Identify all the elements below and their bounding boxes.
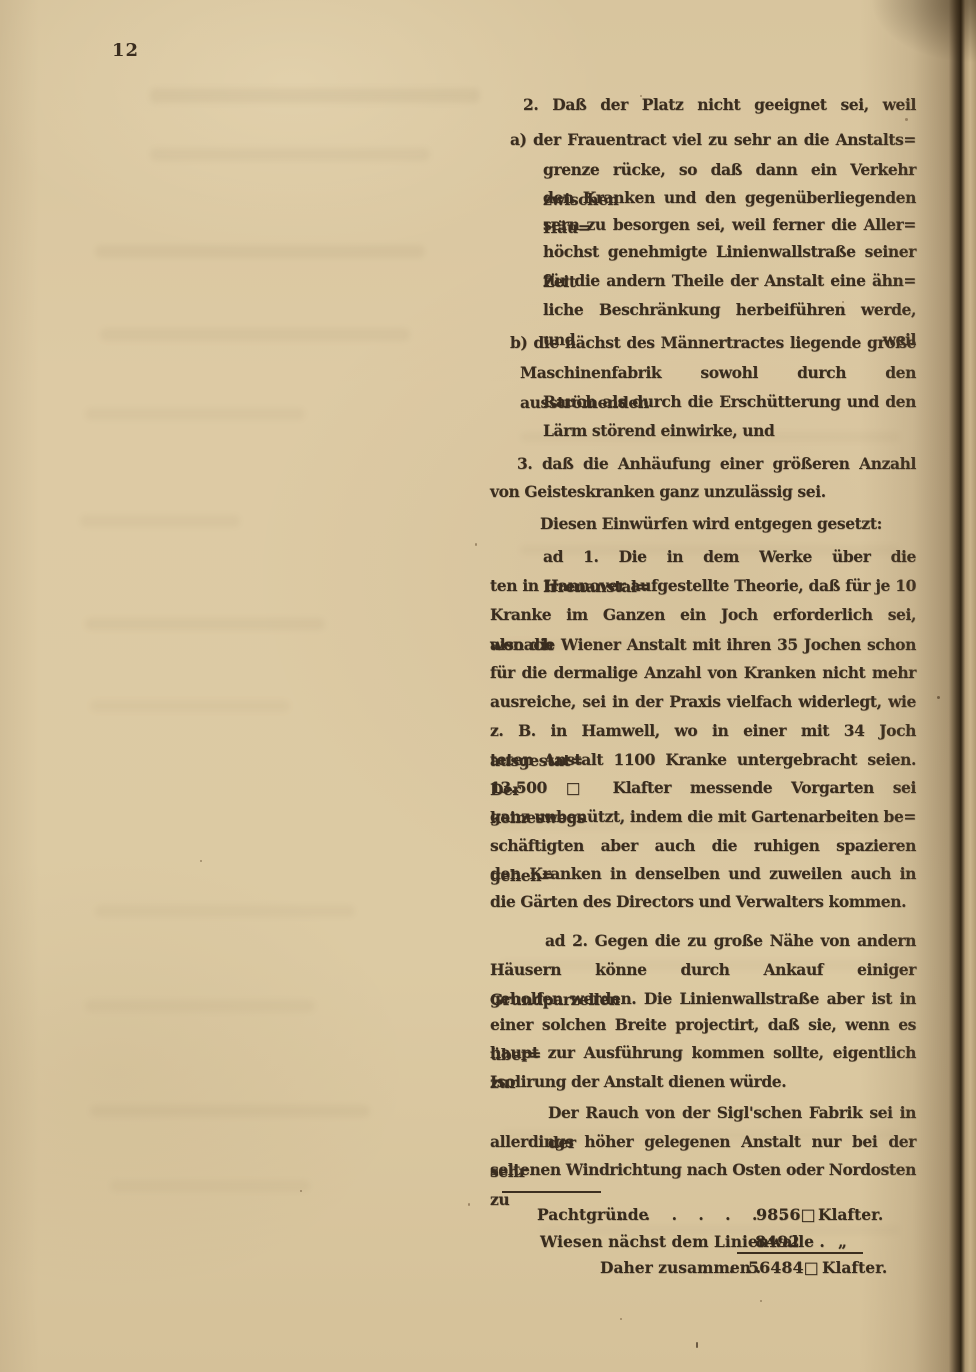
text-line: ganz unbenützt, indem die mit Gartenarbe… (490, 802, 916, 832)
bleed-through (85, 618, 325, 630)
text-line: für die andern Theile der Anstalt eine ä… (490, 266, 916, 296)
table-row: Daher zusammen . . . 56484□ Klafter. (490, 1253, 920, 1283)
ink-speck (300, 1190, 302, 1192)
text-line: 2. Daß der Platz nicht geeignet sei, wei… (490, 90, 916, 120)
bleed-through (90, 700, 290, 712)
bleed-through (110, 1180, 310, 1192)
text-line: Isolirung der Anstalt dienen würde. (490, 1067, 916, 1097)
bleed-through (150, 148, 430, 161)
ink-speck (620, 1318, 622, 1320)
table-rule-top (502, 1191, 601, 1193)
text-line: ad 2. Gegen die zu große Nähe von andern (490, 926, 916, 956)
text-line: Rauch als durch die Erschütterung und de… (490, 387, 916, 417)
ink-speck (200, 860, 202, 862)
bleed-through (100, 328, 410, 341)
text-line: Diesen Einwürfen wird entgegen gesetzt: (490, 509, 916, 539)
bleed-through (95, 905, 355, 917)
text-line: den Kranken in denselben und zuweilen au… (490, 859, 916, 889)
text-line: ausreiche, sei in der Praxis vielfach wi… (490, 687, 916, 717)
bleed-through (95, 245, 425, 258)
bleed-through (85, 1000, 315, 1012)
scanned-page: 12 2. Daß der Platz nicht geeignet sei, … (0, 0, 976, 1372)
ink-speck (937, 696, 940, 699)
ink-speck (468, 1203, 470, 1206)
table-row: Pachtgründe . . . . . . . 9856□ Klafter. (490, 1200, 920, 1230)
table-unit: Klafter. (822, 1253, 887, 1283)
bleed-through (85, 408, 305, 420)
bleed-through (150, 88, 480, 103)
text-line: also die Wiener Anstalt mit ihren 35 Joc… (490, 630, 916, 660)
text-line: a) der Frauentract viel zu sehr an die A… (490, 125, 916, 155)
text-line: für die dermalige Anzahl von Kranken nic… (490, 658, 916, 688)
table-value: 56484□ (748, 1253, 819, 1283)
bleed-through (80, 515, 240, 527)
text-line: von Geisteskranken ganz unzulässig sei. (490, 477, 916, 507)
text-line: die Gärten des Directors und Verwalters … (490, 887, 916, 917)
table-unit: Klafter. (818, 1200, 883, 1230)
table-value: 9856□ (756, 1200, 816, 1230)
text-line: sern zu besorgen sei, weil ferner die Al… (490, 210, 916, 240)
ink-speck (760, 1300, 762, 1302)
text-line: 3. daß die Anhäufung einer größeren Anza… (490, 449, 916, 479)
text-line: Lärm störend einwirke, und (490, 416, 916, 446)
page-number: 12 (112, 40, 139, 61)
ink-speck (475, 543, 477, 546)
bleed-through (90, 1105, 370, 1117)
text-line: ten in Hannover aufgestellte Theorie, da… (490, 571, 916, 601)
text-line: b) die nächst des Männertractes liegende… (490, 328, 916, 358)
ink-speck (696, 1342, 698, 1348)
